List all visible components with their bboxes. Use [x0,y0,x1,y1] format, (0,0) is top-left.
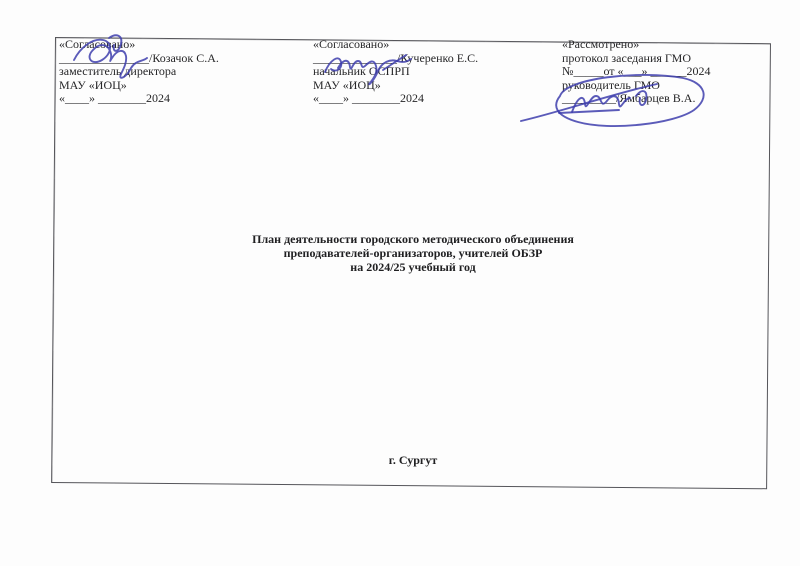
approval-block-kucherenko: «Согласовано» ______________/Кучеренко Е… [313,38,563,106]
document-title-line-3: на 2024/25 учебный год [55,260,771,274]
scanned-document-page: «Согласовано» _______________/Козачок С.… [0,0,800,566]
approval-block-kozachok: «Согласовано» _______________/Козачок С.… [59,38,309,106]
signature-name-line: _________/Ямбарцев В.А. [562,92,800,106]
protocol-number-date-line: №_____от «___» ______2024 [562,65,800,79]
date-blank-line: «____» ________2024 [313,92,563,106]
approver-role: заместитель директора [59,65,309,79]
approval-status: «Согласовано» [59,38,309,52]
date-blank-line: «____» ________2024 [59,92,309,106]
approval-status: «Рассмотрено» [562,38,800,52]
approver-role: начальник ОСПРП [313,65,563,79]
protocol-line: протокол заседания ГМО [562,52,800,66]
document-title-line-2: преподавателей-организаторов, учителей О… [55,246,771,260]
city-label: г. Сургут [55,453,771,468]
document-title-line-1: План деятельности городского методическо… [55,232,771,246]
document-title: План деятельности городского методическо… [55,232,771,274]
signature-name-line: ______________/Кучеренко Е.С. [313,52,563,66]
approval-status: «Согласовано» [313,38,563,52]
gmo-head-role: руководитель ГМО [562,79,800,93]
approver-org: МАУ «ИОЦ» [313,79,563,93]
approver-org: МАУ «ИОЦ» [59,79,309,93]
approval-block-rassmotreno: «Рассмотрено» протокол заседания ГМО №__… [562,38,800,106]
signature-name-line: _______________/Козачок С.А. [59,52,309,66]
